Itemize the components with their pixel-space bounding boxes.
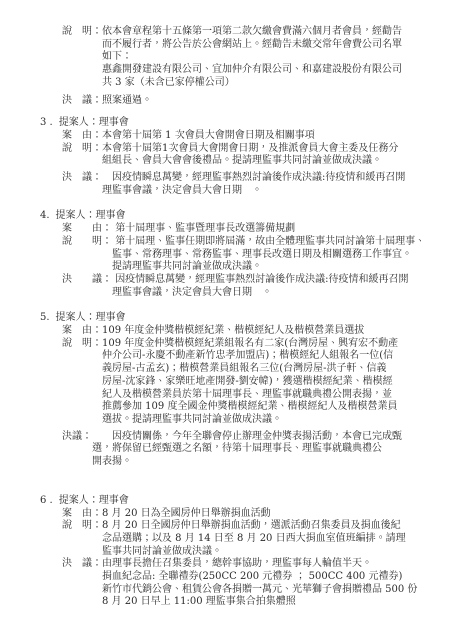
subject-text: 109 年度金仲獎楷模經紀業、楷模經紀人及楷模營業員選拔	[102, 325, 438, 338]
proposal-title: 提案人：理事會	[59, 495, 129, 508]
proposal-5-explanation-entry: 說 明： 109 年度金仲獎楷模經紀業組報名有二家(台灣房屋、興宥宏不動產 仲介…	[62, 338, 438, 427]
proposal-5-subject-entry: 案 由： 109 年度金仲獎楷模經紀業、楷模經紀人及楷模營業員選拔	[62, 325, 438, 338]
proposal-5-header: 5. 提案人：理事會	[40, 312, 438, 325]
proposal-title: 提案人：理事會	[59, 117, 129, 130]
explanation-label: 說 明：	[62, 338, 102, 427]
continuation-explanation-entry: 說 明： 依本會章程第十五條第一項第二款欠繳會費滿六個月者會員，經勸告 而不履行…	[62, 26, 438, 90]
explanation-label: 說 明：	[62, 26, 102, 90]
resolution-label: 決議：	[62, 431, 92, 469]
proposal-title: 提案人：理事會	[56, 312, 126, 325]
subject-label: 案 由：	[62, 508, 102, 521]
proposal-title: 提案人：理事會	[56, 210, 126, 223]
resolution-text: 因疫情關係，今年全聯會停止辦理金仲獎表揚活動，本會已完成甄 選，將保留已經甄選之…	[92, 431, 438, 469]
explanation-text: 依本會章程第十五條第一項第二款欠繳會費滿六個月者會員，經勸告 而不履行者，將公告…	[102, 26, 438, 90]
explanation-label: 說 明：	[62, 143, 102, 168]
explanation-label: 說 明：	[62, 236, 112, 274]
proposal-4-resolution-entry: 決 議： 因疫情瞬息萬變，經理監事熱烈討論後作成決議:待疫情和緩再召開 理監事會…	[62, 274, 438, 299]
subject-text: 8 月 20 日為全國房仲日舉辦捐血活動	[102, 508, 438, 521]
explanation-text: 第十屆理、監事任期即將屆滿，故由全體理監事共同討論第十屆理事、 監事、常務理事、…	[112, 236, 438, 274]
resolution-label: 決 議：	[62, 95, 102, 108]
proposal-3-subject-entry: 案 由： 本會第十屆第 1 次會員大會開會日期及相關事項	[62, 130, 438, 143]
subject-text: 第十屆理事、監事暨理事長改選籌備規劃	[112, 223, 438, 236]
proposal-3-resolution-entry: 決 議： 因疫情瞬息萬變，經理監事熱烈討論後作成決議:待疫情和緩再召開 理監事會…	[62, 172, 438, 197]
resolution-text: 因疫情瞬息萬變，經理監事熱烈討論後作成決議:待疫情和緩再召開 理監事會議，決定會…	[102, 172, 438, 197]
proposal-6-header: 6 . 提案人：理事會	[40, 495, 438, 508]
resolution-text: 因疫情瞬息萬變，經理監事熱烈討論後作成決議:待疫情和緩再召開 理監事會議，決定會…	[112, 274, 438, 299]
proposal-number: 3 .	[40, 117, 53, 130]
subject-label: 案 由：	[62, 223, 112, 236]
subject-label: 案 由：	[62, 325, 102, 338]
resolution-text: 由理事長擔任召集委員，總幹事協助，理監事每人輪值半天。 捐血紀念品: 全聯禮券(…	[102, 558, 438, 609]
resolution-label: 決 議：	[62, 558, 102, 609]
proposal-4-explanation-entry: 說 明： 第十屆理、監事任期即將屆滿，故由全體理監事共同討論第十屆理事、 監事、…	[62, 236, 438, 274]
minutes-page: 說 明： 依本會章程第十五條第一項第二款欠繳會費滿六個月者會員，經勸告 而不履行…	[0, 0, 452, 640]
proposal-number: 5.	[40, 312, 50, 325]
proposal-6-resolution-entry: 決 議： 由理事長擔任召集委員，總幹事協助，理監事每人輪值半天。 捐血紀念品: …	[62, 558, 438, 609]
resolution-label: 決 議：	[62, 274, 112, 299]
proposal-3-header: 3 . 提案人：理事會	[40, 117, 438, 130]
explanation-text: 本會第十屆第1次會員大會開會日期，及推派會員大會主委及任務分 組組長、會員大會會…	[102, 143, 438, 168]
proposal-4-subject-entry: 案 由： 第十屆理事、監事暨理事長改選籌備規劃	[62, 223, 438, 236]
subject-text: 本會第十屆第 1 次會員大會開會日期及相關事項	[102, 130, 438, 143]
proposal-3-explanation-entry: 說 明： 本會第十屆第1次會員大會開會日期，及推派會員大會主委及任務分 組組長、…	[62, 143, 438, 168]
proposal-number: 6 .	[40, 495, 53, 508]
subject-label: 案 由：	[62, 130, 102, 143]
proposal-5-resolution-entry: 決議： 因疫情關係，今年全聯會停止辦理金仲獎表揚活動，本會已完成甄 選，將保留已…	[62, 431, 438, 469]
resolution-label: 決 議：	[62, 172, 102, 197]
proposal-number: 4.	[40, 210, 50, 223]
explanation-label: 說 明：	[62, 520, 102, 558]
proposal-6-subject-entry: 案 由： 8 月 20 日為全國房仲日舉辦捐血活動	[62, 508, 438, 521]
explanation-text: 109 年度金仲獎楷模經紀業組報名有二家(台灣房屋、興宥宏不動產 仲介公司-永慶…	[102, 338, 438, 427]
proposal-4-header: 4. 提案人：理事會	[40, 210, 438, 223]
continuation-resolution-entry: 決 議： 照案通過。	[62, 95, 438, 108]
resolution-text: 照案通過。	[102, 95, 438, 108]
explanation-text: 8 月 20 日全國房仲日舉辦捐血活動，選派活動召集委員及捐血後紀 念品選購；以…	[102, 520, 438, 558]
proposal-6-explanation-entry: 說 明： 8 月 20 日全國房仲日舉辦捐血活動，選派活動召集委員及捐血後紀 念…	[62, 520, 438, 558]
